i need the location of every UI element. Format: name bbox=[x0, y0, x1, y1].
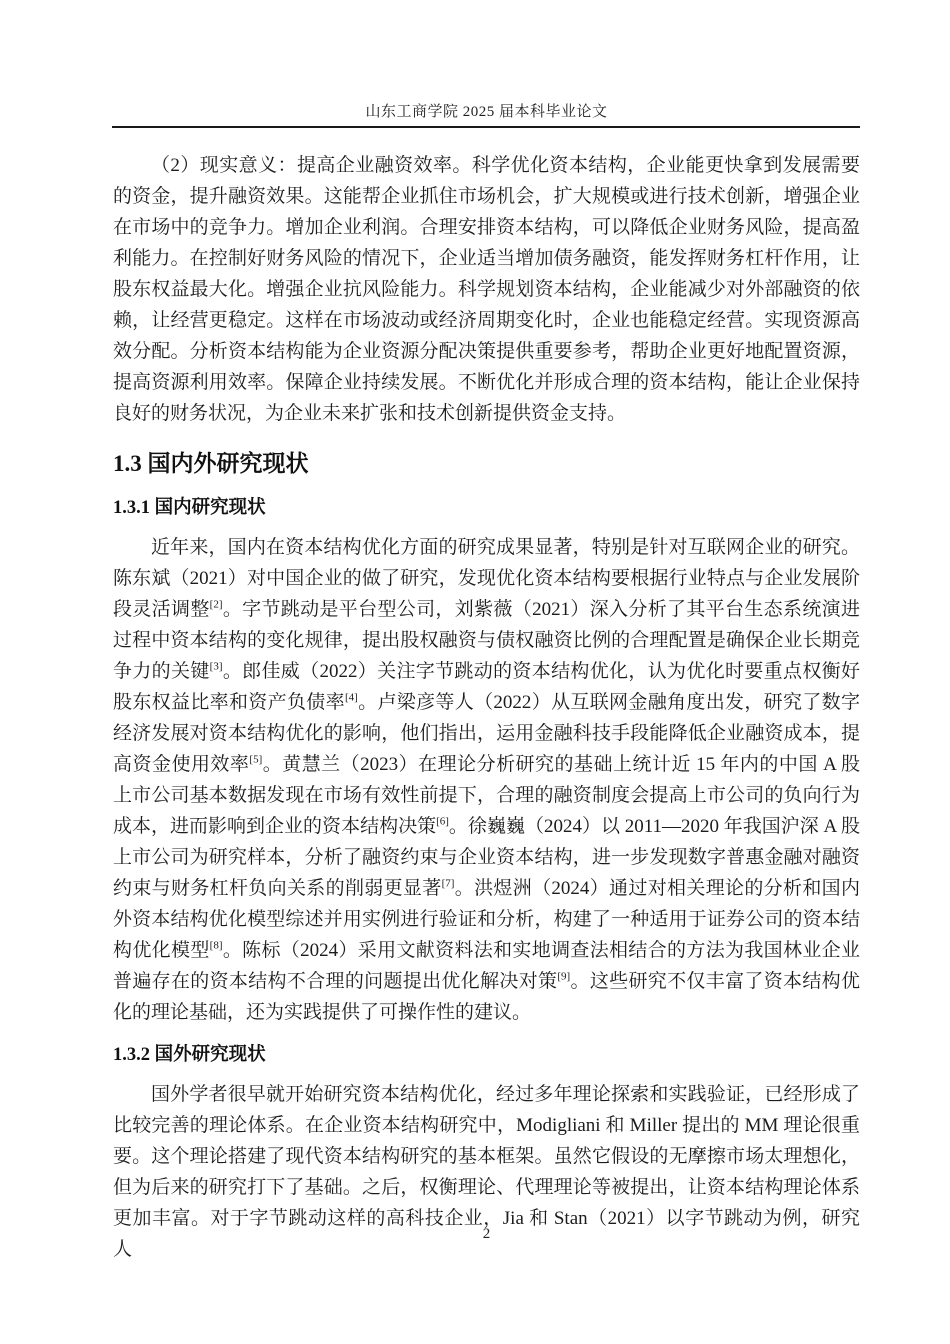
header-divider-rule bbox=[112, 126, 860, 128]
subsection-heading: 1.3.2 国外研究现状 bbox=[113, 1041, 860, 1070]
citation-superscript: [3] bbox=[210, 661, 223, 673]
citation-superscript: [7] bbox=[442, 878, 455, 890]
page-header-title: 山东工商学院 2025 届本科毕业论文 bbox=[113, 101, 860, 123]
body-paragraph: 近年来，国内在资本结构优化方面的研究成果显著，特别是针对互联网企业的研究。陈东斌… bbox=[113, 532, 860, 1028]
body-paragraph: （2）现实意义：提高企业融资效率。科学优化资本结构，企业能更快拿到发展需要的资金… bbox=[113, 150, 860, 429]
page-number: 2 bbox=[113, 1226, 860, 1243]
citation-superscript: [4] bbox=[345, 692, 358, 704]
subsection-heading: 1.3.1 国内研究现状 bbox=[113, 494, 860, 523]
citation-superscript: [5] bbox=[249, 754, 262, 766]
citation-superscript: [6] bbox=[436, 816, 449, 828]
citation-superscript: [9] bbox=[557, 971, 570, 983]
citation-superscript: [8] bbox=[210, 940, 223, 952]
document-body: （2）现实意义：提高企业融资效率。科学优化资本结构，企业能更快拿到发展需要的资金… bbox=[113, 150, 860, 1265]
citation-superscript: [2] bbox=[210, 599, 223, 611]
section-heading: 1.3 国内外研究现状 bbox=[113, 447, 860, 481]
